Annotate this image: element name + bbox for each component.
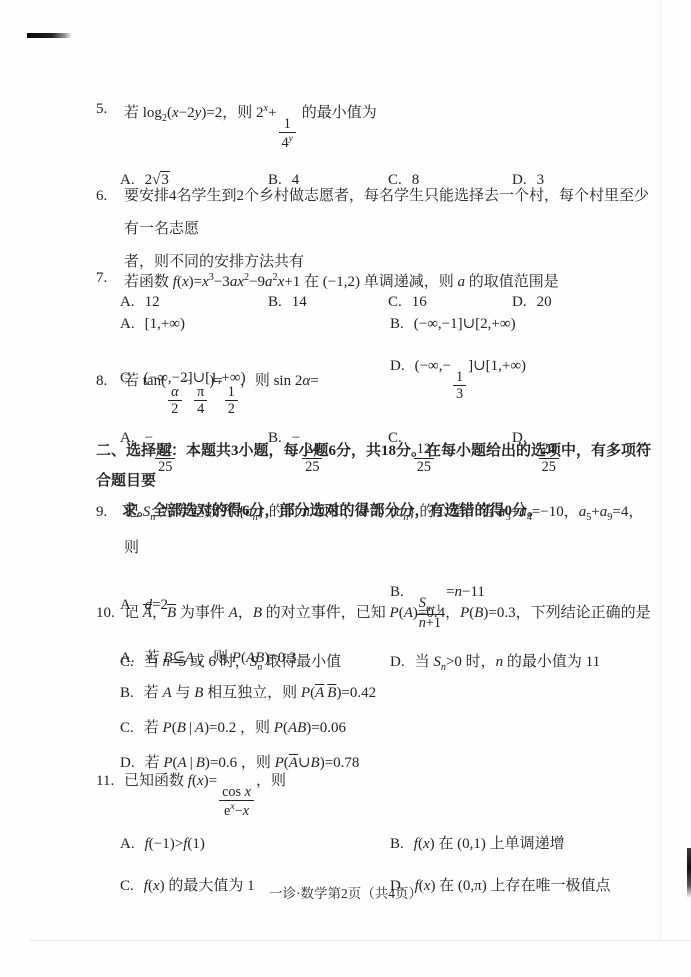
question-8-stem: 8. 若 tan(α2−π4)=12，则 sin 2α= [96, 366, 655, 417]
question-10-stem: 10. 记 A，B 为事件 A，B 的对立事件，已知 P(A)=0.4，P(B)… [96, 598, 655, 628]
page-footer: 一诊·数学第2页（共4页） [0, 882, 691, 902]
question-stem-text: 记 Sn 为等差数列 {an} 的前 n 项和，d 为 {an} 的公差，若 a… [124, 497, 655, 563]
section-2-line1: 二、选择题：本题共3小题，每小题6分，共18分。在每小题给出的选项中，有多项符合… [96, 436, 655, 496]
option-a: A.若 B⊆A ，则 P(AB)=0.3 [120, 646, 655, 670]
question-stem-text: 若 tan(α2−π4)=12，则 sin 2α= [124, 366, 655, 417]
question-7-stem: 7. 若函数 f(x)=x3−3ax2−9a2x+1 在 (−1,2) 单调递减… [96, 263, 655, 297]
question-stem-text: 记 A，B 为事件 A，B 的对立事件，已知 P(A)=0.4，P(B)=0.3… [124, 598, 655, 628]
option-text: 若 B⊆A ，则 P(AB)=0.3 [145, 650, 297, 666]
option-a: A.[1,+∞) [120, 311, 390, 337]
page-number: 一诊·数学第2页（共4页） [269, 886, 422, 901]
option-text: 若 A 与 B 相互独立，则 P(A B)=0.42 [144, 685, 376, 701]
scan-page-edge-line [660, 0, 661, 940]
option-text: 若 P(B | A)=0.2 ，则 P(AB)=0.06 [144, 720, 346, 736]
option-label: B. [120, 685, 134, 701]
option-text: (−∞,−1]∪[2,+∞) [414, 316, 516, 332]
question-number: 10. [96, 598, 124, 628]
question-11: 11. 已知函数 f(x)=cos xex−x，则 A.f(−1)>f(1) B… [96, 766, 655, 899]
question-11-stem: 11. 已知函数 f(x)=cos xex−x，则 [96, 766, 655, 819]
option-a: A.f(−1)>f(1) [120, 831, 390, 857]
question-number: 9. [96, 497, 124, 563]
question-5: 5. 若 log2(x−2y)=2，则 2x+14y 的最小值为 A.2√3 B… [96, 94, 655, 193]
question-number: 5. [96, 94, 124, 151]
option-b: B.f(x) 在 (0,1) 上单调递增 [390, 831, 655, 857]
option-text: f(x) 在 (0,1) 上单调递增 [414, 836, 565, 852]
option-b: B.(−∞,−1]∪[2,+∞) [390, 311, 655, 337]
question-number: 7. [96, 263, 124, 297]
option-label: C. [120, 720, 134, 736]
exam-page: 5. 若 log2(x−2y)=2，则 2x+14y 的最小值为 A.2√3 B… [0, 0, 691, 977]
option-label: B. [390, 316, 404, 332]
scan-mark-top-left [27, 33, 72, 38]
question-stem-text: 若 log2(x−2y)=2，则 2x+14y 的最小值为 [124, 94, 655, 151]
option-text: f(−1)>f(1) [145, 836, 205, 852]
option-label: B. [390, 836, 404, 852]
option-b: B.若 A 与 B 相互独立，则 P(A B)=0.42 [120, 681, 655, 705]
option-label: A. [120, 836, 135, 852]
option-label: A. [120, 316, 135, 332]
option-c: C.若 P(B | A)=0.2 ，则 P(AB)=0.06 [120, 716, 655, 740]
option-text: [1,+∞) [145, 316, 185, 332]
question-10: 10. 记 A，B 为事件 A，B 的对立事件，已知 P(A)=0.4，P(B)… [96, 598, 655, 786]
question-number: 8. [96, 366, 124, 417]
option-label: A. [120, 650, 135, 666]
question-9-stem: 9. 记 Sn 为等差数列 {an} 的前 n 项和，d 为 {an} 的公差，… [96, 497, 655, 563]
scan-bottom-edge-line [30, 940, 691, 941]
question-number: 11. [96, 766, 124, 819]
question-5-stem: 5. 若 log2(x−2y)=2，则 2x+14y 的最小值为 [96, 94, 655, 151]
question-stem-text: 已知函数 f(x)=cos xex−x，则 [124, 766, 655, 819]
question-stem-text: 若函数 f(x)=x3−3ax2−9a2x+1 在 (−1,2) 单调递减，则 … [124, 263, 655, 297]
question-10-options: A.若 B⊆A ，则 P(AB)=0.3 B.若 A 与 B 相互独立，则 P(… [96, 646, 655, 775]
